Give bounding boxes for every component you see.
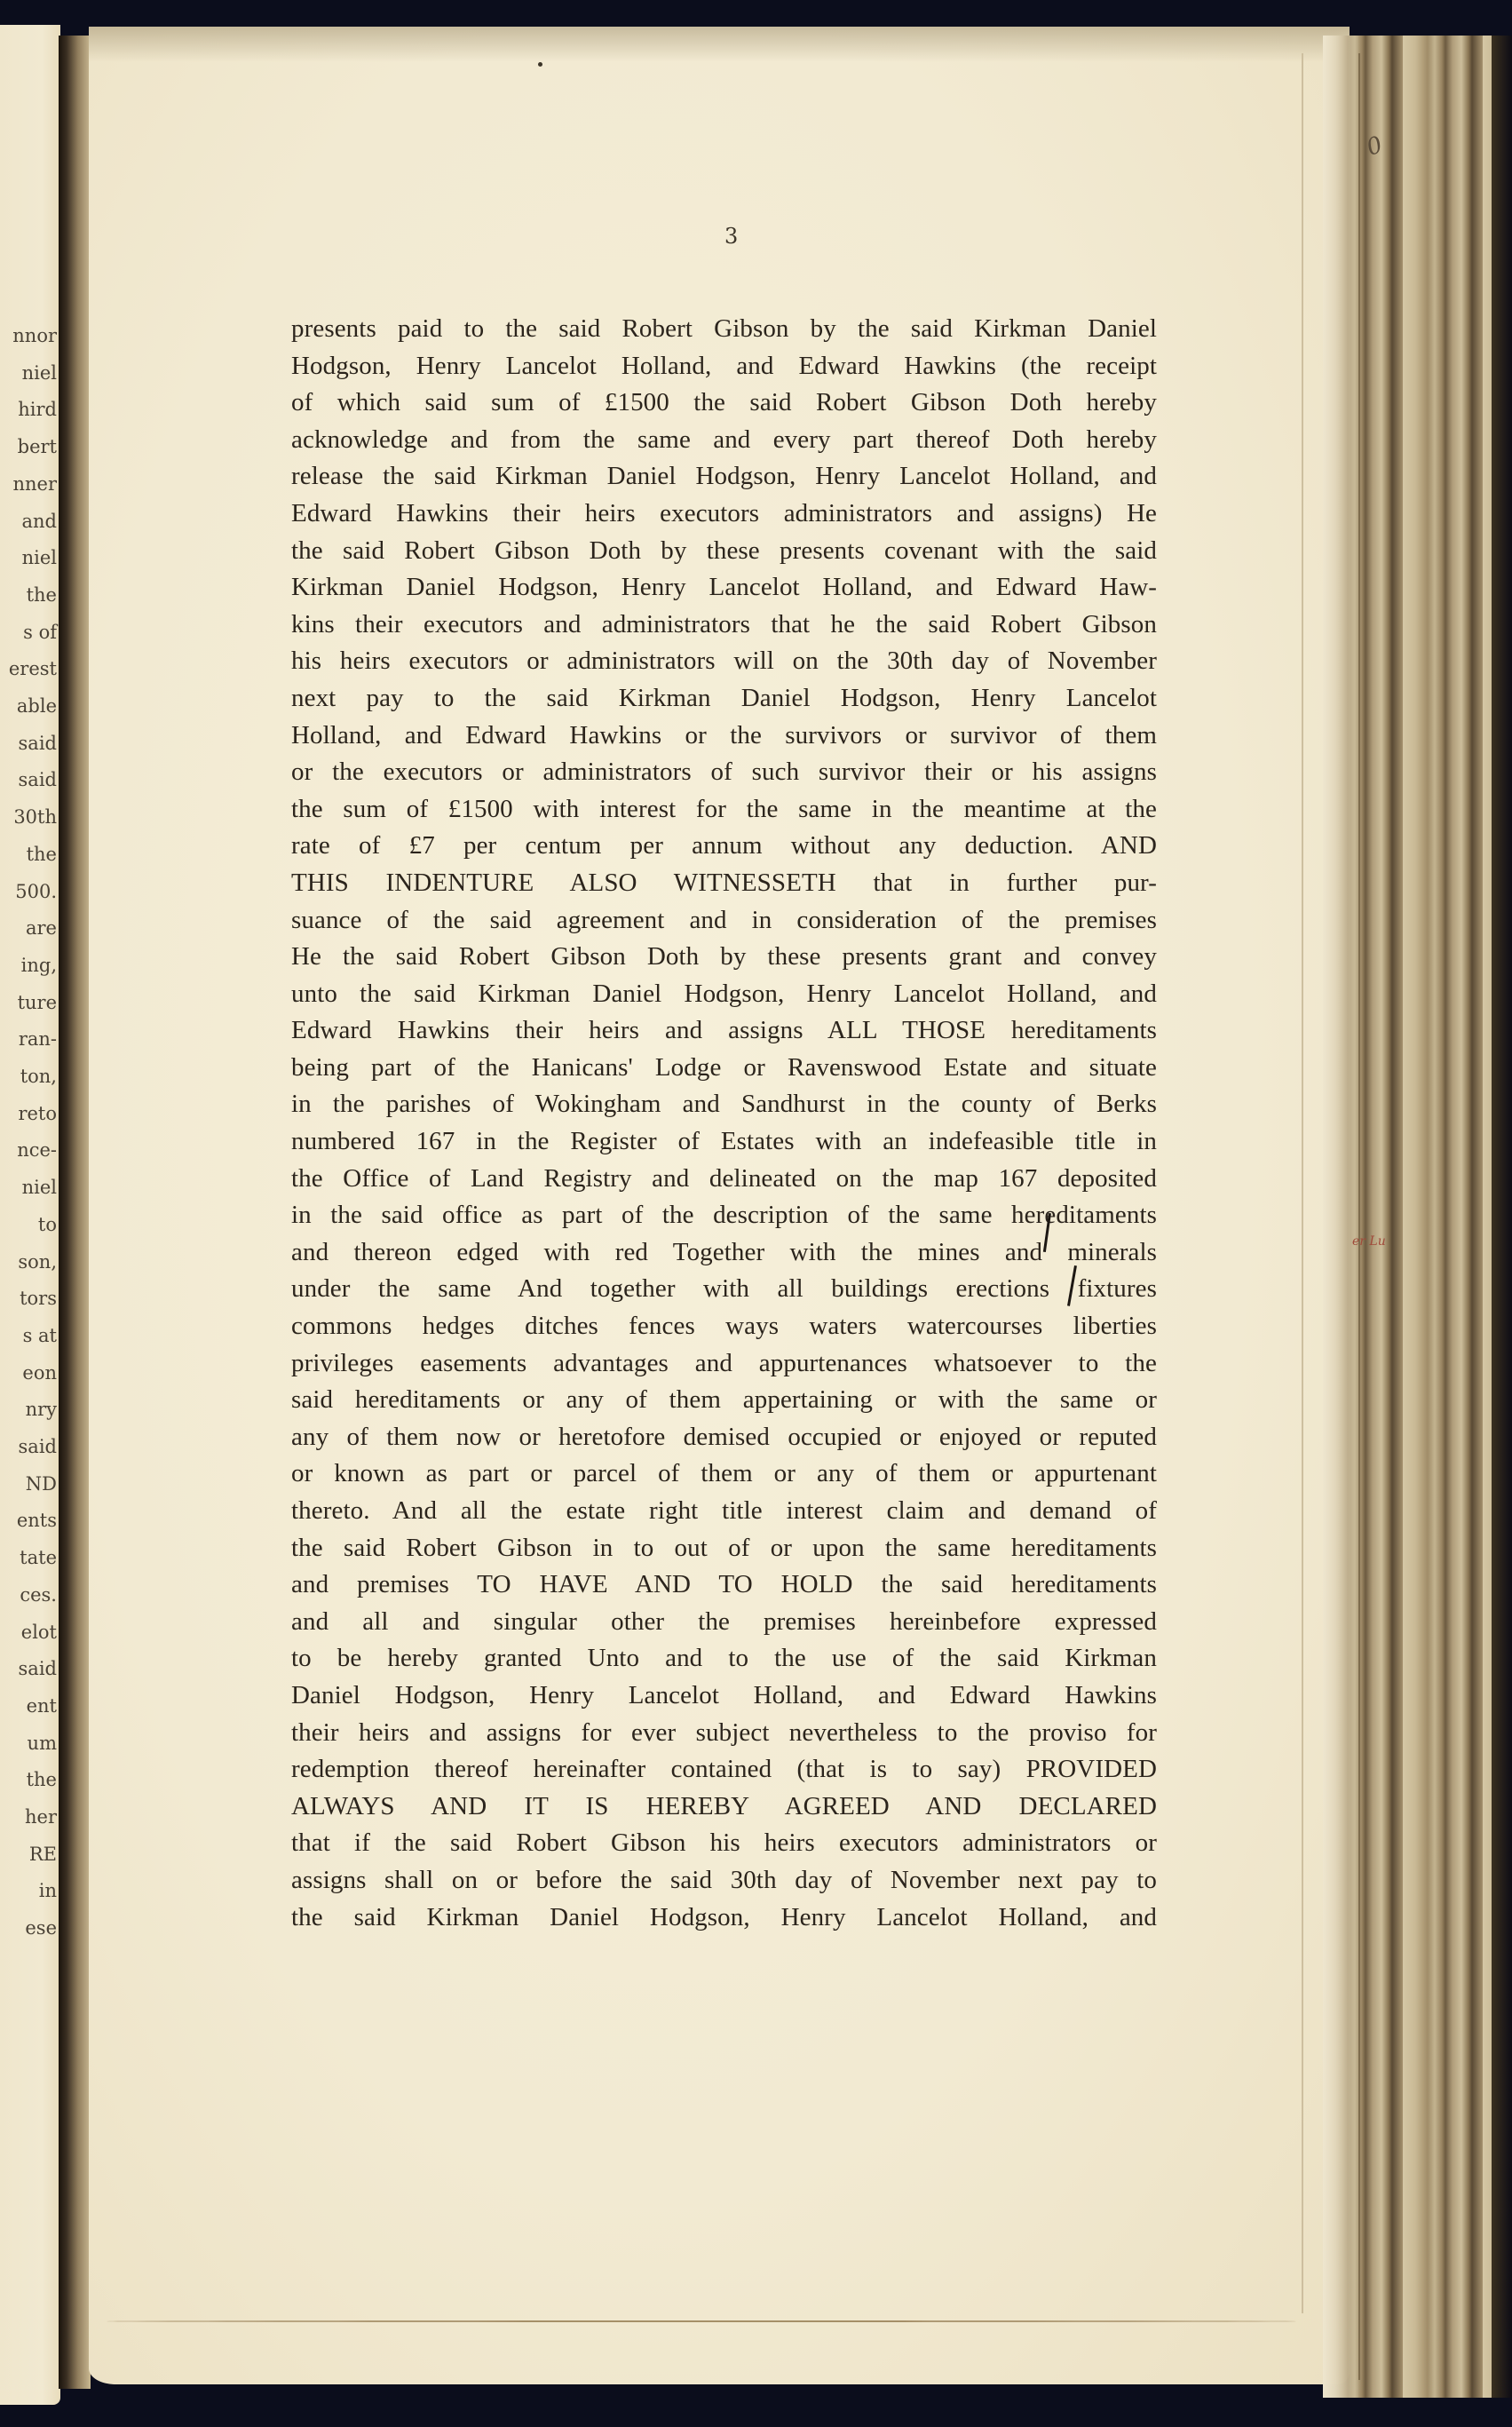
left-facing-page: nnornielhirdbertnnerandnielthes oferesta… bbox=[0, 25, 60, 2405]
text-line: any of them now or heretofore demised oc… bbox=[291, 1419, 1157, 1456]
text-line: next pay to the said Kirkman Daniel Hodg… bbox=[291, 680, 1157, 718]
left-page-line-fragment: 500. bbox=[15, 883, 57, 901]
text-line: the sum of £1500 with interest for the s… bbox=[291, 791, 1157, 829]
red-ink-fragment: er Lu bbox=[1352, 1234, 1386, 1249]
text-line: rate of £7 per centum per annum without … bbox=[291, 828, 1157, 865]
dark-background-top bbox=[0, 0, 1512, 28]
left-page-line-fragment: tors bbox=[20, 1289, 57, 1308]
left-page-line-fragment: ces. bbox=[20, 1586, 57, 1605]
left-page-line-fragment: in bbox=[39, 1882, 57, 1900]
left-page-line-fragment: said bbox=[19, 734, 57, 753]
left-page-line-fragment: hird bbox=[18, 401, 57, 419]
left-page-line-fragment: and bbox=[22, 512, 58, 531]
text-line: commons hedges ditches fences ways water… bbox=[291, 1308, 1157, 1345]
left-page-line-fragment: are bbox=[26, 919, 57, 938]
page-edge-line bbox=[1302, 53, 1303, 2313]
left-page-line-fragment: nce- bbox=[17, 1141, 57, 1160]
text-line: or known as part or parcel of them or an… bbox=[291, 1455, 1157, 1493]
left-page-line-fragment: 30th bbox=[13, 808, 57, 827]
left-page-line-fragment: son, bbox=[18, 1253, 57, 1272]
left-page-line-fragment: RE bbox=[29, 1845, 57, 1864]
text-line: unto the said Kirkman Daniel Hodgson, He… bbox=[291, 976, 1157, 1013]
page-bottom-edge bbox=[107, 2320, 1296, 2322]
text-line: that if the said Robert Gibson his heirs… bbox=[291, 1825, 1157, 1862]
left-page-line-fragment: said bbox=[19, 771, 57, 789]
text-line: kins their executors and administrators … bbox=[291, 607, 1157, 644]
left-page-line-fragment: nner bbox=[12, 475, 57, 494]
text-line: redemption thereof hereinafter contained… bbox=[291, 1751, 1157, 1789]
text-line: presents paid to the said Robert Gibson … bbox=[291, 311, 1157, 348]
left-page-line-fragment: elot bbox=[21, 1623, 57, 1642]
page-edge-highlight bbox=[1323, 36, 1358, 2398]
page-number: 3 bbox=[724, 224, 738, 249]
left-page-line-fragment: her bbox=[25, 1808, 57, 1827]
text-line: under the same And together with all bui… bbox=[291, 1271, 1157, 1308]
text-line: the Office of Land Registry and delineat… bbox=[291, 1161, 1157, 1198]
text-line: THIS INDENTURE ALSO WITNESSETH that in f… bbox=[291, 865, 1157, 902]
indenture-body-text: presents paid to the said Robert Gibson … bbox=[291, 311, 1157, 1936]
left-page-line-fragment: nry bbox=[26, 1400, 57, 1419]
text-line: in the said office as part of the descri… bbox=[291, 1197, 1157, 1234]
left-page-line-fragment: the bbox=[27, 586, 57, 605]
text-line: and thereon edged with red Together with… bbox=[291, 1234, 1157, 1272]
left-page-line-fragment: the bbox=[27, 845, 57, 864]
left-page-line-fragment: eon bbox=[22, 1364, 57, 1383]
text-line: Edward Hawkins their heirs executors adm… bbox=[291, 496, 1157, 533]
text-line: privileges easements advantages and appu… bbox=[291, 1345, 1157, 1383]
text-line: Holland, and Edward Hawkins or the survi… bbox=[291, 718, 1157, 755]
text-line: said hereditaments or any of them appert… bbox=[291, 1382, 1157, 1419]
left-page-line-fragment: nnor bbox=[12, 327, 57, 345]
text-line: and premises TO HAVE AND TO HOLD the sai… bbox=[291, 1566, 1157, 1604]
left-page-line-fragment: ing, bbox=[21, 956, 57, 975]
text-line: thereto. And all the estate right title … bbox=[291, 1493, 1157, 1530]
text-line: his heirs executors or administrators wi… bbox=[291, 643, 1157, 680]
left-page-line-fragment: able bbox=[17, 697, 57, 716]
left-page-line-fragment: ton, bbox=[20, 1067, 57, 1086]
text-line: release the said Kirkman Daniel Hodgson,… bbox=[291, 458, 1157, 496]
left-page-line-fragment: s of bbox=[23, 623, 57, 642]
text-line: ALWAYS AND IT IS HEREBY AGREED AND DECLA… bbox=[291, 1789, 1157, 1826]
left-page-line-fragment: reto bbox=[18, 1105, 57, 1123]
text-line: in the parishes of Wokingham and Sandhur… bbox=[291, 1086, 1157, 1123]
text-line: or the executors or administrators of su… bbox=[291, 754, 1157, 791]
text-line: and all and singular other the premises … bbox=[291, 1604, 1157, 1641]
scanned-book-spread: nnornielhirdbertnnerandnielthes oferesta… bbox=[0, 0, 1512, 2427]
text-line: Hodgson, Henry Lancelot Holland, and Edw… bbox=[291, 348, 1157, 385]
text-line: acknowledge and from the same and every … bbox=[291, 422, 1157, 459]
left-page-line-fragment: said bbox=[19, 1660, 57, 1678]
left-page-line-fragment: tate bbox=[20, 1549, 57, 1567]
text-line: assigns shall on or before the said 30th… bbox=[291, 1862, 1157, 1900]
left-page-line-fragment: the bbox=[27, 1771, 57, 1789]
text-line: to be hereby granted Unto and to the use… bbox=[291, 1640, 1157, 1677]
text-line: the said Robert Gibson Doth by these pre… bbox=[291, 533, 1157, 570]
text-line: their heirs and assigns for ever subject… bbox=[291, 1715, 1157, 1752]
text-line: Edward Hawkins their heirs and assigns A… bbox=[291, 1012, 1157, 1050]
text-line: He the said Robert Gibson Doth by these … bbox=[291, 939, 1157, 976]
left-page-line-fragment: bert bbox=[18, 438, 57, 456]
left-page-line-fragment: ent bbox=[27, 1697, 57, 1716]
text-line: the said Robert Gibson in to out of or u… bbox=[291, 1530, 1157, 1567]
left-page-line-fragment: s at bbox=[23, 1327, 57, 1345]
text-line: being part of the Hanicans' Lodge or Rav… bbox=[291, 1050, 1157, 1087]
left-page-line-fragment: um bbox=[28, 1734, 57, 1753]
left-page-line-fragment: ese bbox=[25, 1919, 57, 1938]
ink-dot bbox=[538, 62, 542, 67]
text-line: the said Kirkman Daniel Hodgson, Henry L… bbox=[291, 1900, 1157, 1937]
left-page-line-fragment: to bbox=[38, 1216, 57, 1234]
left-page-line-fragment: niel bbox=[22, 549, 57, 567]
left-page-line-fragment: ents bbox=[17, 1511, 57, 1530]
left-page-line-fragment: said bbox=[19, 1438, 57, 1456]
book-cover-edge bbox=[1492, 36, 1512, 2398]
text-line: suance of the said agreement and in cons… bbox=[291, 902, 1157, 940]
text-line: of which said sum of £1500 the said Robe… bbox=[291, 385, 1157, 422]
left-page-line-fragment: niel bbox=[22, 1178, 57, 1197]
left-page-line-fragment: ND bbox=[26, 1475, 57, 1494]
text-line: numbered 167 in the Register of Estates … bbox=[291, 1123, 1157, 1161]
left-page-line-fragment: ran- bbox=[19, 1030, 57, 1049]
text-line: Kirkman Daniel Hodgson, Henry Lancelot H… bbox=[291, 569, 1157, 607]
text-line: Daniel Hodgson, Henry Lancelot Holland, … bbox=[291, 1677, 1157, 1715]
left-page-line-fragment: ture bbox=[18, 994, 57, 1012]
book-gutter bbox=[59, 36, 91, 2389]
page-edge-line bbox=[1358, 53, 1360, 2380]
left-page-line-fragment: niel bbox=[22, 364, 57, 383]
left-page-line-fragment: erest bbox=[9, 660, 57, 678]
